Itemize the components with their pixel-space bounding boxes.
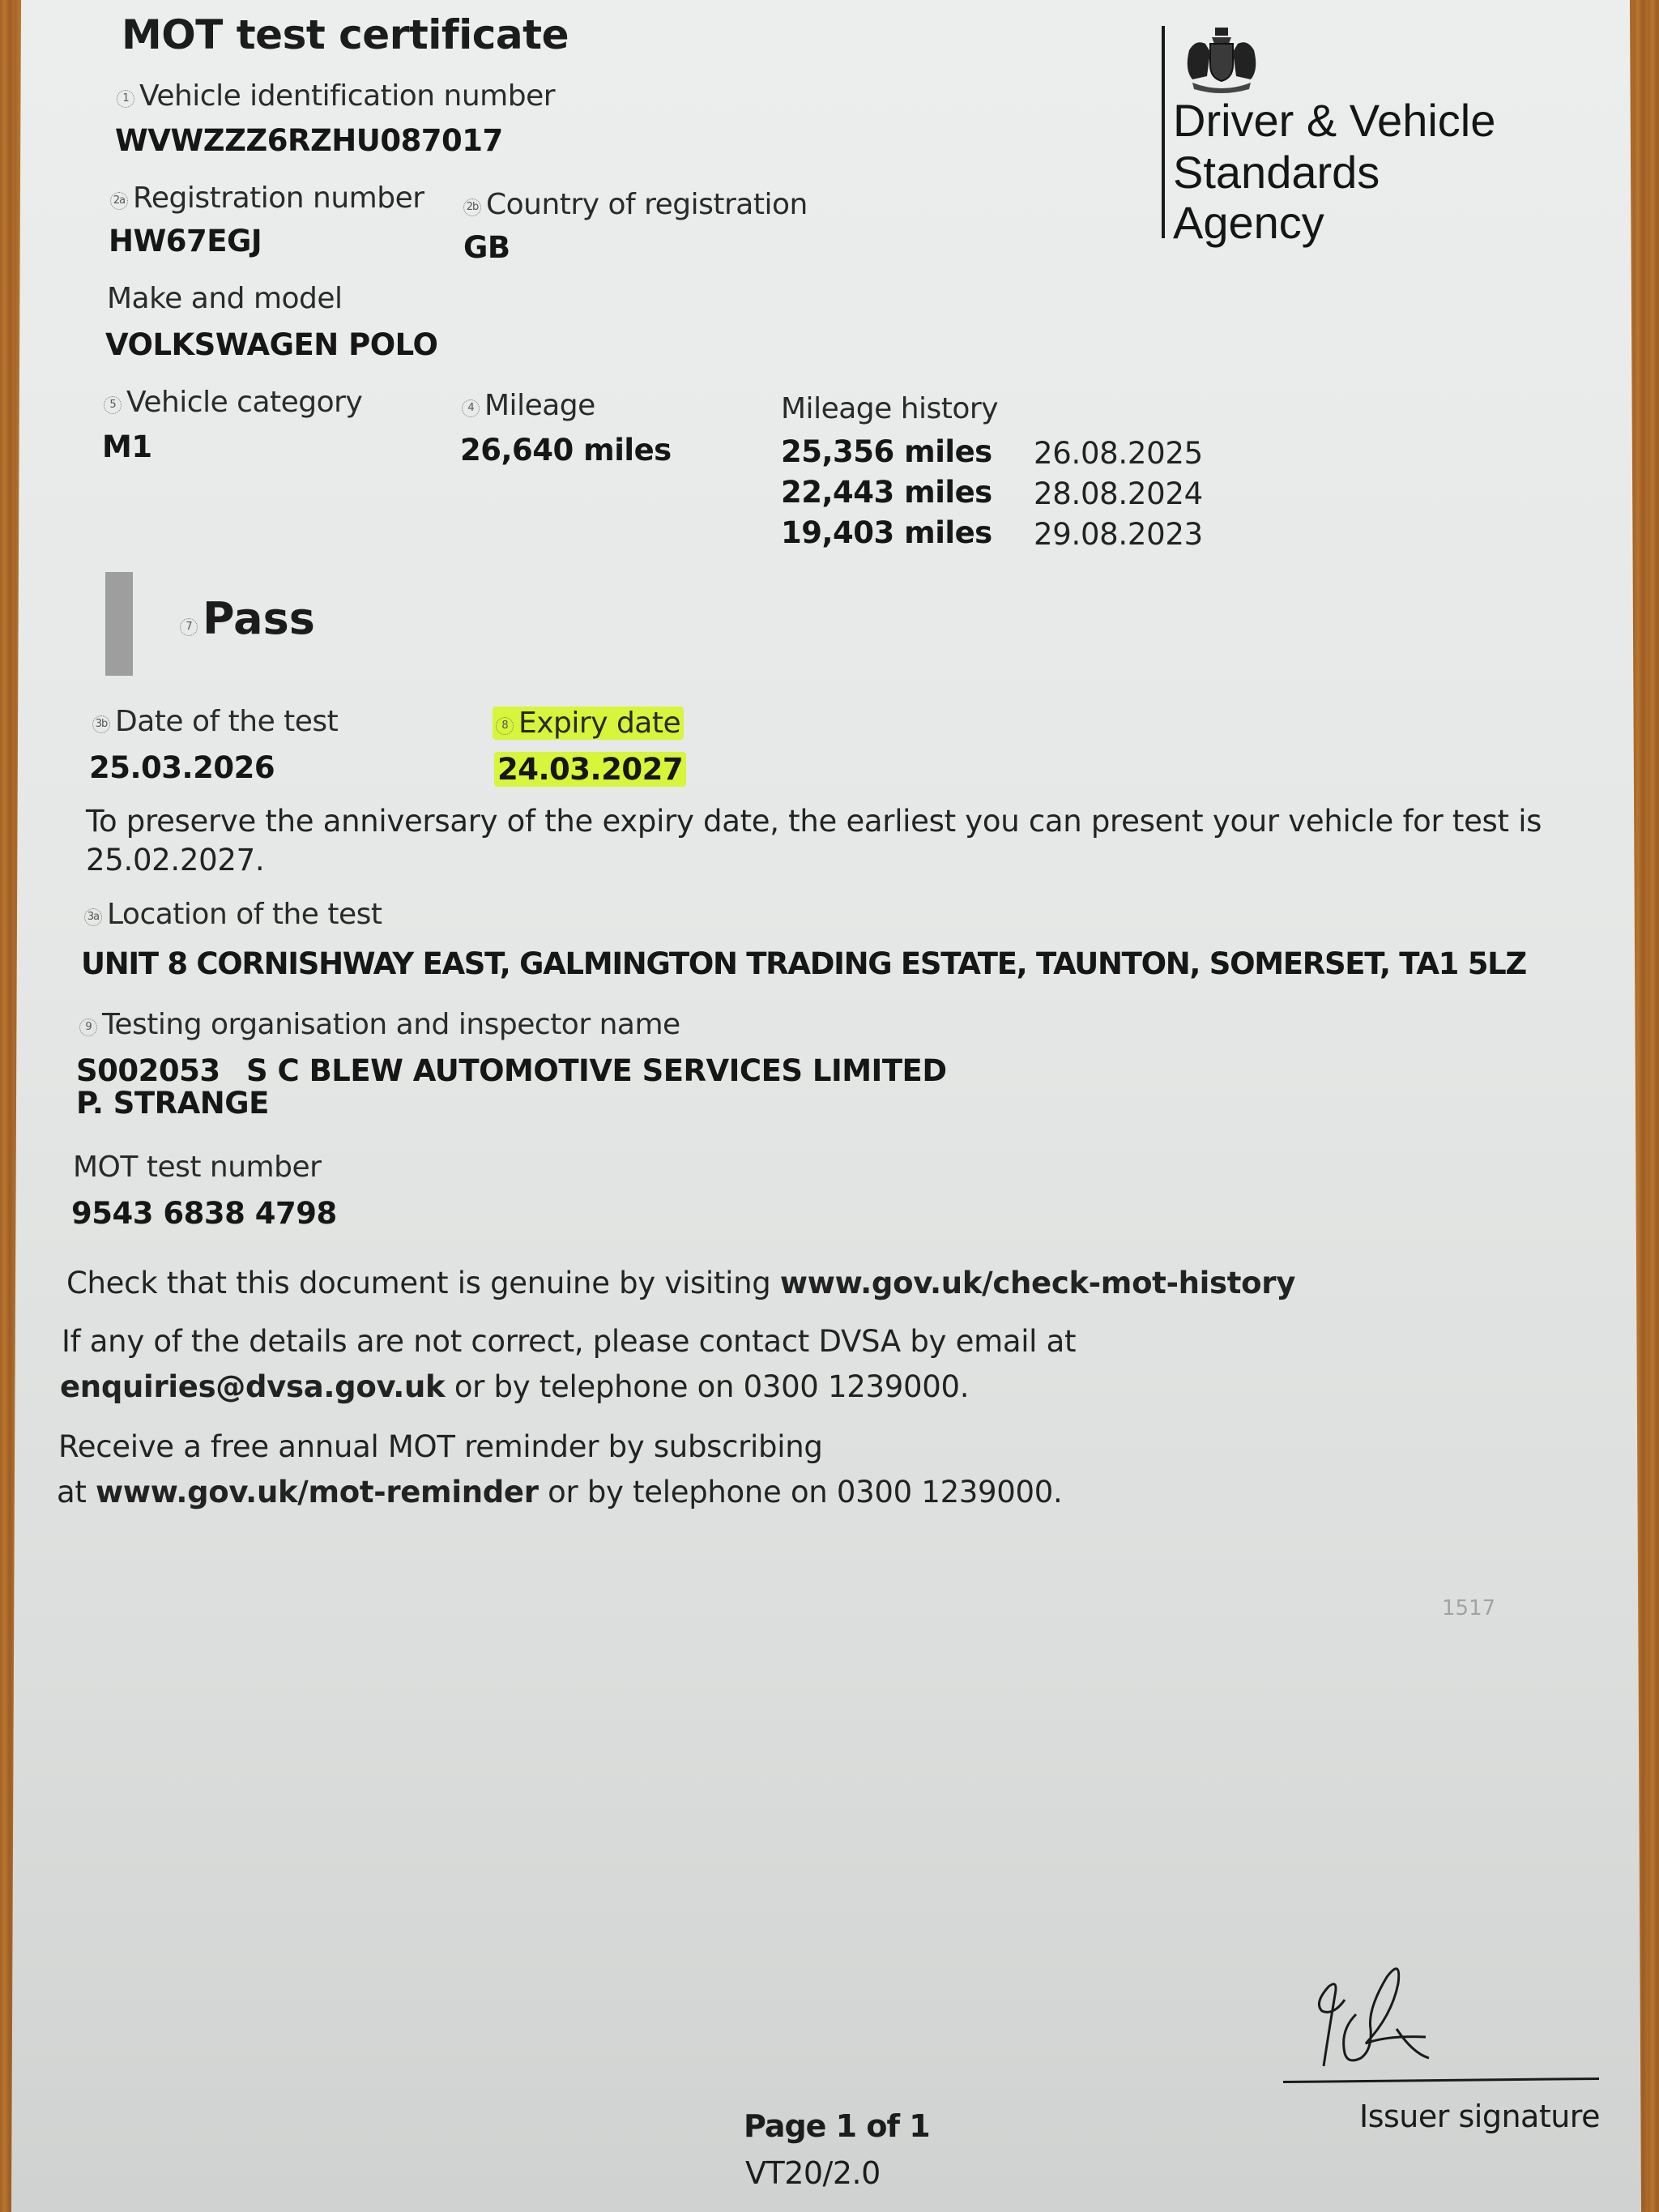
anniversary-note: To preserve the anniversary of the expir… [86, 804, 1542, 839]
issuer-signature [1307, 1945, 1518, 2074]
genuine-check-text: Check that this document is genuine by v… [66, 1266, 1295, 1300]
mileage-history-miles: 19,403 miles [781, 515, 992, 550]
agency-name-line3: Agency [1173, 198, 1324, 248]
country-value: GB [463, 230, 510, 265]
field-marker: 9 [79, 1018, 97, 1036]
test-location-value: UNIT 8 CORNISHWAY EAST, GALMINGTON TRADI… [81, 946, 1526, 981]
field-marker: 4 [462, 399, 480, 417]
result-bar [105, 572, 133, 676]
signature-label: Issuer signature [1359, 2099, 1600, 2134]
organisation-name: S C BLEW AUTOMOTIVE SERVICES LIMITED [246, 1053, 947, 1088]
faint-stamp-mark: 1517 [1442, 1596, 1495, 1621]
expiry-date-value: 24.03.2027 [494, 752, 686, 787]
test-result: 7Pass [180, 593, 315, 644]
field-marker: 7 [180, 618, 198, 636]
vin-label: 1Vehicle identification number [117, 79, 555, 113]
mileage-history-date: 28.08.2024 [1034, 476, 1203, 511]
mileage-label: 4Mileage [462, 389, 595, 422]
test-location-label: 3aLocation of the test [84, 898, 382, 931]
make-model-value: VOLKSWAGEN POLO [105, 327, 437, 362]
registration-value: HW67EGJ [109, 224, 262, 258]
mileage-value: 26,640 miles [460, 433, 672, 468]
form-code: VT20/2.0 [745, 2155, 881, 2191]
field-marker: 2b [463, 199, 481, 216]
vehicle-category-value: M1 [102, 429, 152, 464]
test-number-label: MOT test number [73, 1151, 321, 1184]
agency-divider [1162, 26, 1165, 238]
dvsa-email-link[interactable]: enquiries@dvsa.gov.uk [60, 1369, 445, 1404]
page-number: Page 1 of 1 [744, 2108, 930, 2144]
test-date-label: 3bDate of the test [92, 705, 338, 738]
mot-reminder-link[interactable]: www.gov.uk/mot-reminder [96, 1475, 539, 1510]
mileage-history-miles: 25,356 miles [781, 434, 992, 469]
mileage-history-date: 26.08.2025 [1034, 436, 1203, 471]
agency-name-line1: Driver & Vehicle [1173, 96, 1495, 146]
certificate-paper: MOT test certificate Driver & Vehicle St… [11, 0, 1641, 2212]
mileage-history-date: 29.08.2023 [1034, 517, 1203, 552]
agency-name-line2: Standards [1173, 147, 1380, 198]
check-mot-history-link[interactable]: www.gov.uk/check-mot-history [780, 1266, 1295, 1300]
field-marker: 3b [92, 715, 110, 733]
anniversary-note-date: 25.02.2027. [86, 843, 264, 878]
inspector-name: P. STRANGE [76, 1086, 269, 1121]
vehicle-category-label: 5Vehicle category [104, 386, 362, 419]
mileage-history-miles: 22,443 miles [781, 475, 992, 510]
registration-label: 2aRegistration number [110, 181, 424, 215]
field-marker: 8 [496, 717, 514, 735]
vin-value: WVWZZZ6RZHU087017 [115, 123, 503, 158]
field-marker: 5 [104, 396, 122, 414]
test-date-value: 25.03.2026 [89, 750, 275, 785]
field-marker: 2a [110, 192, 128, 210]
signature-line [1283, 2077, 1599, 2083]
test-number-value: 9543 6838 4798 [71, 1196, 337, 1231]
reminder-text: Receive a free annual MOT reminder by su… [58, 1429, 823, 1464]
field-marker: 3a [84, 908, 102, 926]
document-title: MOT test certificate [122, 11, 569, 58]
reminder-details: at www.gov.uk/mot-reminder or by telepho… [57, 1475, 1062, 1510]
make-model-label: Make and model [107, 282, 343, 315]
royal-coat-of-arms-icon [1181, 26, 1262, 94]
organisation-site-number: S002053 [76, 1053, 220, 1088]
field-marker: 1 [117, 90, 134, 108]
contact-details: enquiries@dvsa.gov.uk or by telephone on… [60, 1369, 969, 1404]
mileage-history-label: Mileage history [781, 392, 998, 425]
organisation-label: 9Testing organisation and inspector name [79, 1008, 680, 1041]
country-label: 2bCountry of registration [463, 188, 808, 221]
contact-text: If any of the details are not correct, p… [62, 1324, 1076, 1359]
expiry-date-label: 8Expiry date [493, 707, 684, 740]
